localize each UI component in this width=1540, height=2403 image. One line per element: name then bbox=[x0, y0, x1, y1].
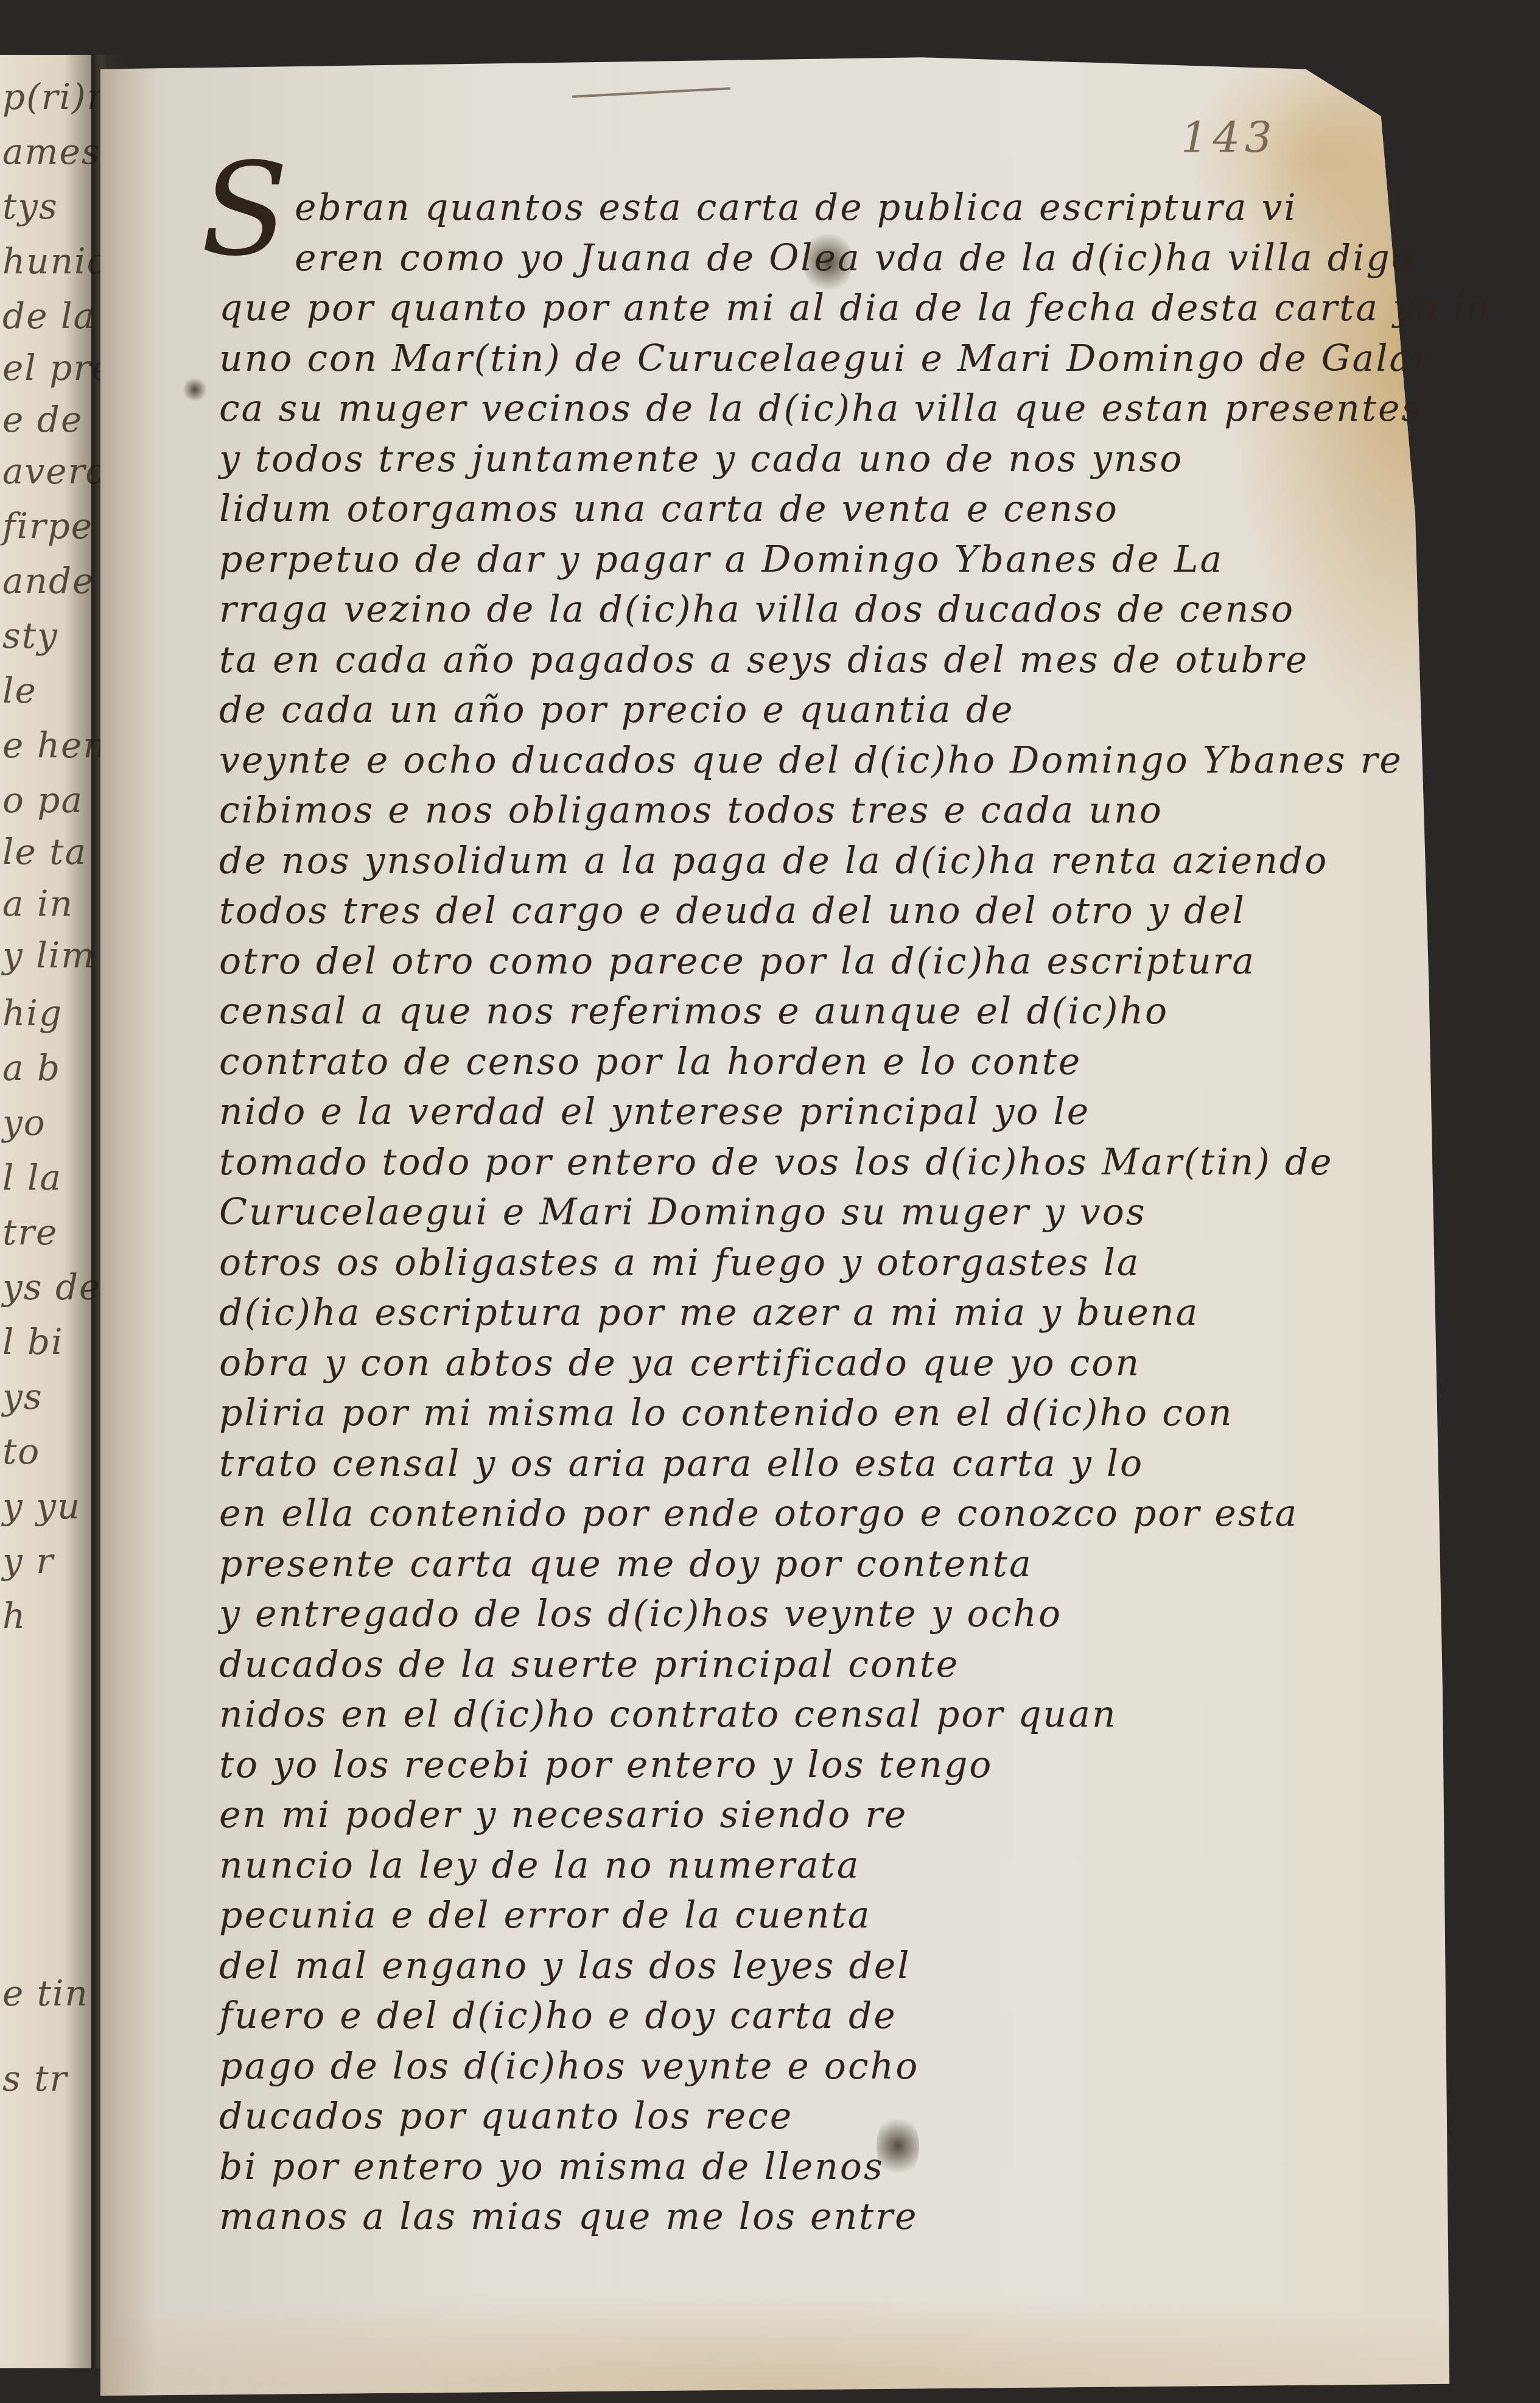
text-line: censal a que nos referimos e aunque el d… bbox=[219, 986, 1376, 1037]
text-line: ebran quantos esta carta de publica escr… bbox=[219, 183, 1376, 233]
margin-fragment: de la bbox=[2, 295, 96, 337]
margin-fragment: ys bbox=[2, 1376, 43, 1417]
text-line: fuero e del d(ic)ho e doy carta de bbox=[219, 1991, 1376, 2041]
text-line: en ella contenido por ende otorgo e cono… bbox=[219, 1489, 1376, 1539]
decorated-initial: S bbox=[201, 146, 289, 274]
text-line: contrato de censo por la horden e lo con… bbox=[219, 1037, 1376, 1087]
text-line: otros os obligastes a mi fuego y otorgas… bbox=[219, 1238, 1376, 1288]
margin-fragment: e de bbox=[2, 399, 83, 440]
text-line: tomado todo por entero de vos los d(ic)h… bbox=[219, 1137, 1376, 1188]
margin-fragment: e tin bbox=[2, 1973, 89, 2014]
text-line: perpetuo de dar y pagar a Domingo Ybanes… bbox=[219, 535, 1376, 585]
text-line: otro del otro como parece por la d(ic)ha… bbox=[219, 936, 1376, 987]
text-line: de nos ynsolidum a la paga de la d(ic)ha… bbox=[219, 836, 1376, 886]
text-line: nuncio la ley de la no numerata bbox=[219, 1840, 1376, 1891]
text-line: manos a las mias que me los entre bbox=[219, 2192, 1376, 2242]
margin-fragment: y lim bbox=[2, 935, 96, 976]
text-line: bi por entero yo misma de llenos bbox=[219, 2142, 1376, 2192]
margin-fragment: o pa bbox=[2, 779, 83, 821]
text-line: todos tres del cargo e deuda del uno del… bbox=[219, 886, 1376, 936]
text-line: en mi poder y necesario siendo re bbox=[219, 1790, 1376, 1840]
text-line: ta en cada año pagados a seys dias del m… bbox=[219, 635, 1376, 686]
text-line: trato censal y os aria para ello esta ca… bbox=[219, 1439, 1376, 1489]
text-line: y todos tres juntamente y cada uno de no… bbox=[219, 434, 1376, 485]
text-line: veynte e ocho ducados que del d(ic)ho Do… bbox=[219, 735, 1376, 786]
text-line: y entregado de los d(ic)hos veynte y och… bbox=[219, 1589, 1376, 1640]
margin-fragment: tre bbox=[2, 1212, 58, 1253]
text-line: uno con Mar(tin) de Curucelaegui e Mari … bbox=[219, 334, 1376, 384]
margin-fragment: ames bbox=[2, 131, 101, 172]
text-line: ca su muger vecinos de la d(ic)ha villa … bbox=[219, 384, 1376, 434]
text-line: presente carta que me doy por contenta bbox=[219, 1539, 1376, 1590]
text-line: ducados de la suerte principal conte bbox=[219, 1640, 1376, 1690]
margin-fragment: sty bbox=[2, 615, 58, 656]
margin-fragment: y yu bbox=[2, 1486, 81, 1527]
text-line: to yo los recebi por entero y los tengo bbox=[219, 1740, 1376, 1791]
text-line: que por quanto por ante mi al dia de la … bbox=[219, 283, 1376, 334]
text-line: rraga vezino de la d(ic)ha villa dos duc… bbox=[219, 584, 1376, 635]
margin-fragment: y r bbox=[2, 1540, 54, 1582]
margin-fragment: h bbox=[2, 1595, 26, 1636]
folio-number: 143 bbox=[1181, 113, 1277, 163]
margin-fragment: ys de bbox=[2, 1266, 101, 1308]
manuscript-text: S ebran quantos esta carta de publica es… bbox=[219, 183, 1376, 2242]
margin-fragment: yo bbox=[2, 1102, 46, 1143]
margin-fragment: le ta bbox=[2, 831, 87, 872]
text-line: eren como yo Juana de Olea vda de la d(i… bbox=[219, 233, 1376, 284]
margin-fragment: tys bbox=[2, 186, 58, 227]
text-line: del mal engano y las dos leyes del bbox=[219, 1941, 1376, 1991]
text-line: nidos en el d(ic)ho contrato censal por … bbox=[219, 1689, 1376, 1740]
text-line: obra y con abtos de ya certificado que y… bbox=[219, 1338, 1376, 1389]
text-line: pliria por mi misma lo contenido en el d… bbox=[219, 1388, 1376, 1439]
margin-fragment: ande bbox=[2, 560, 94, 602]
text-line: de cada un año por precio e quantia de bbox=[219, 685, 1376, 735]
margin-fragment: a b bbox=[2, 1047, 61, 1089]
margin-fragment: firpe bbox=[2, 505, 93, 547]
margin-fragment: l la bbox=[2, 1157, 62, 1198]
margin-fragment: s tr bbox=[2, 2058, 68, 2099]
text-line: lidum otorgamos una carta de venta e cen… bbox=[219, 484, 1376, 535]
left-page-fragment: p(ri)me ames tys hunic de la el pre e de… bbox=[0, 55, 107, 2368]
text-line: cibimos e nos obligamos todos tres e cad… bbox=[219, 785, 1376, 836]
text-line: d(ic)ha escriptura por me azer a mi mia … bbox=[219, 1288, 1376, 1338]
margin-fragment: hig bbox=[2, 992, 63, 1034]
margin-fragment: le bbox=[2, 670, 37, 711]
text-line: nido e la verdad el ynterese principal y… bbox=[219, 1087, 1376, 1137]
margin-fragment: l bi bbox=[2, 1321, 64, 1363]
text-line: Curucelaegui e Mari Domingo su muger y v… bbox=[219, 1187, 1376, 1238]
margin-fragment: to bbox=[2, 1431, 40, 1472]
ink-blot bbox=[183, 377, 207, 402]
text-line: ducados por quanto los rece bbox=[219, 2091, 1376, 2142]
text-line: pecunia e del error de la cuenta bbox=[219, 1890, 1376, 1941]
text-line: pago de los d(ic)hos veynte e ocho bbox=[219, 2041, 1376, 2092]
margin-fragment: a in bbox=[2, 883, 74, 924]
